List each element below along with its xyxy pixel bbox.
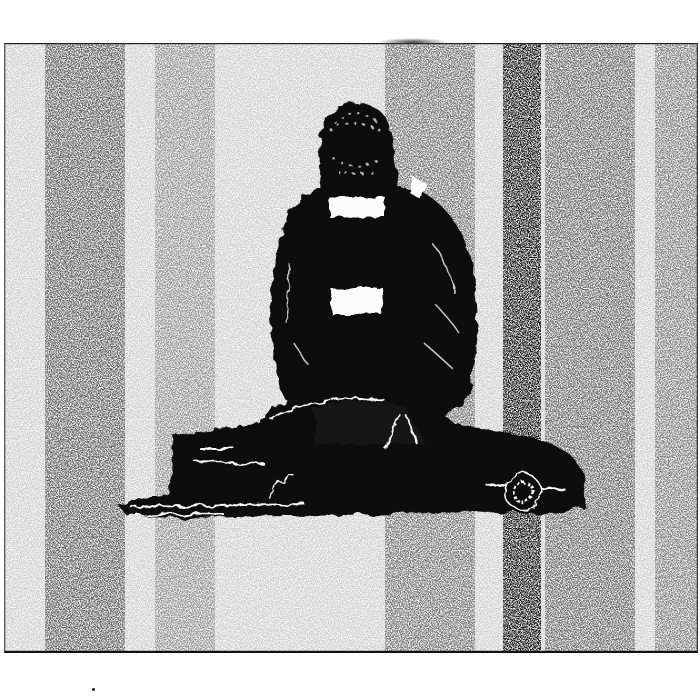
print-frame: [4, 43, 698, 653]
speck: [92, 688, 95, 691]
photocopy-artwork: [5, 44, 697, 651]
